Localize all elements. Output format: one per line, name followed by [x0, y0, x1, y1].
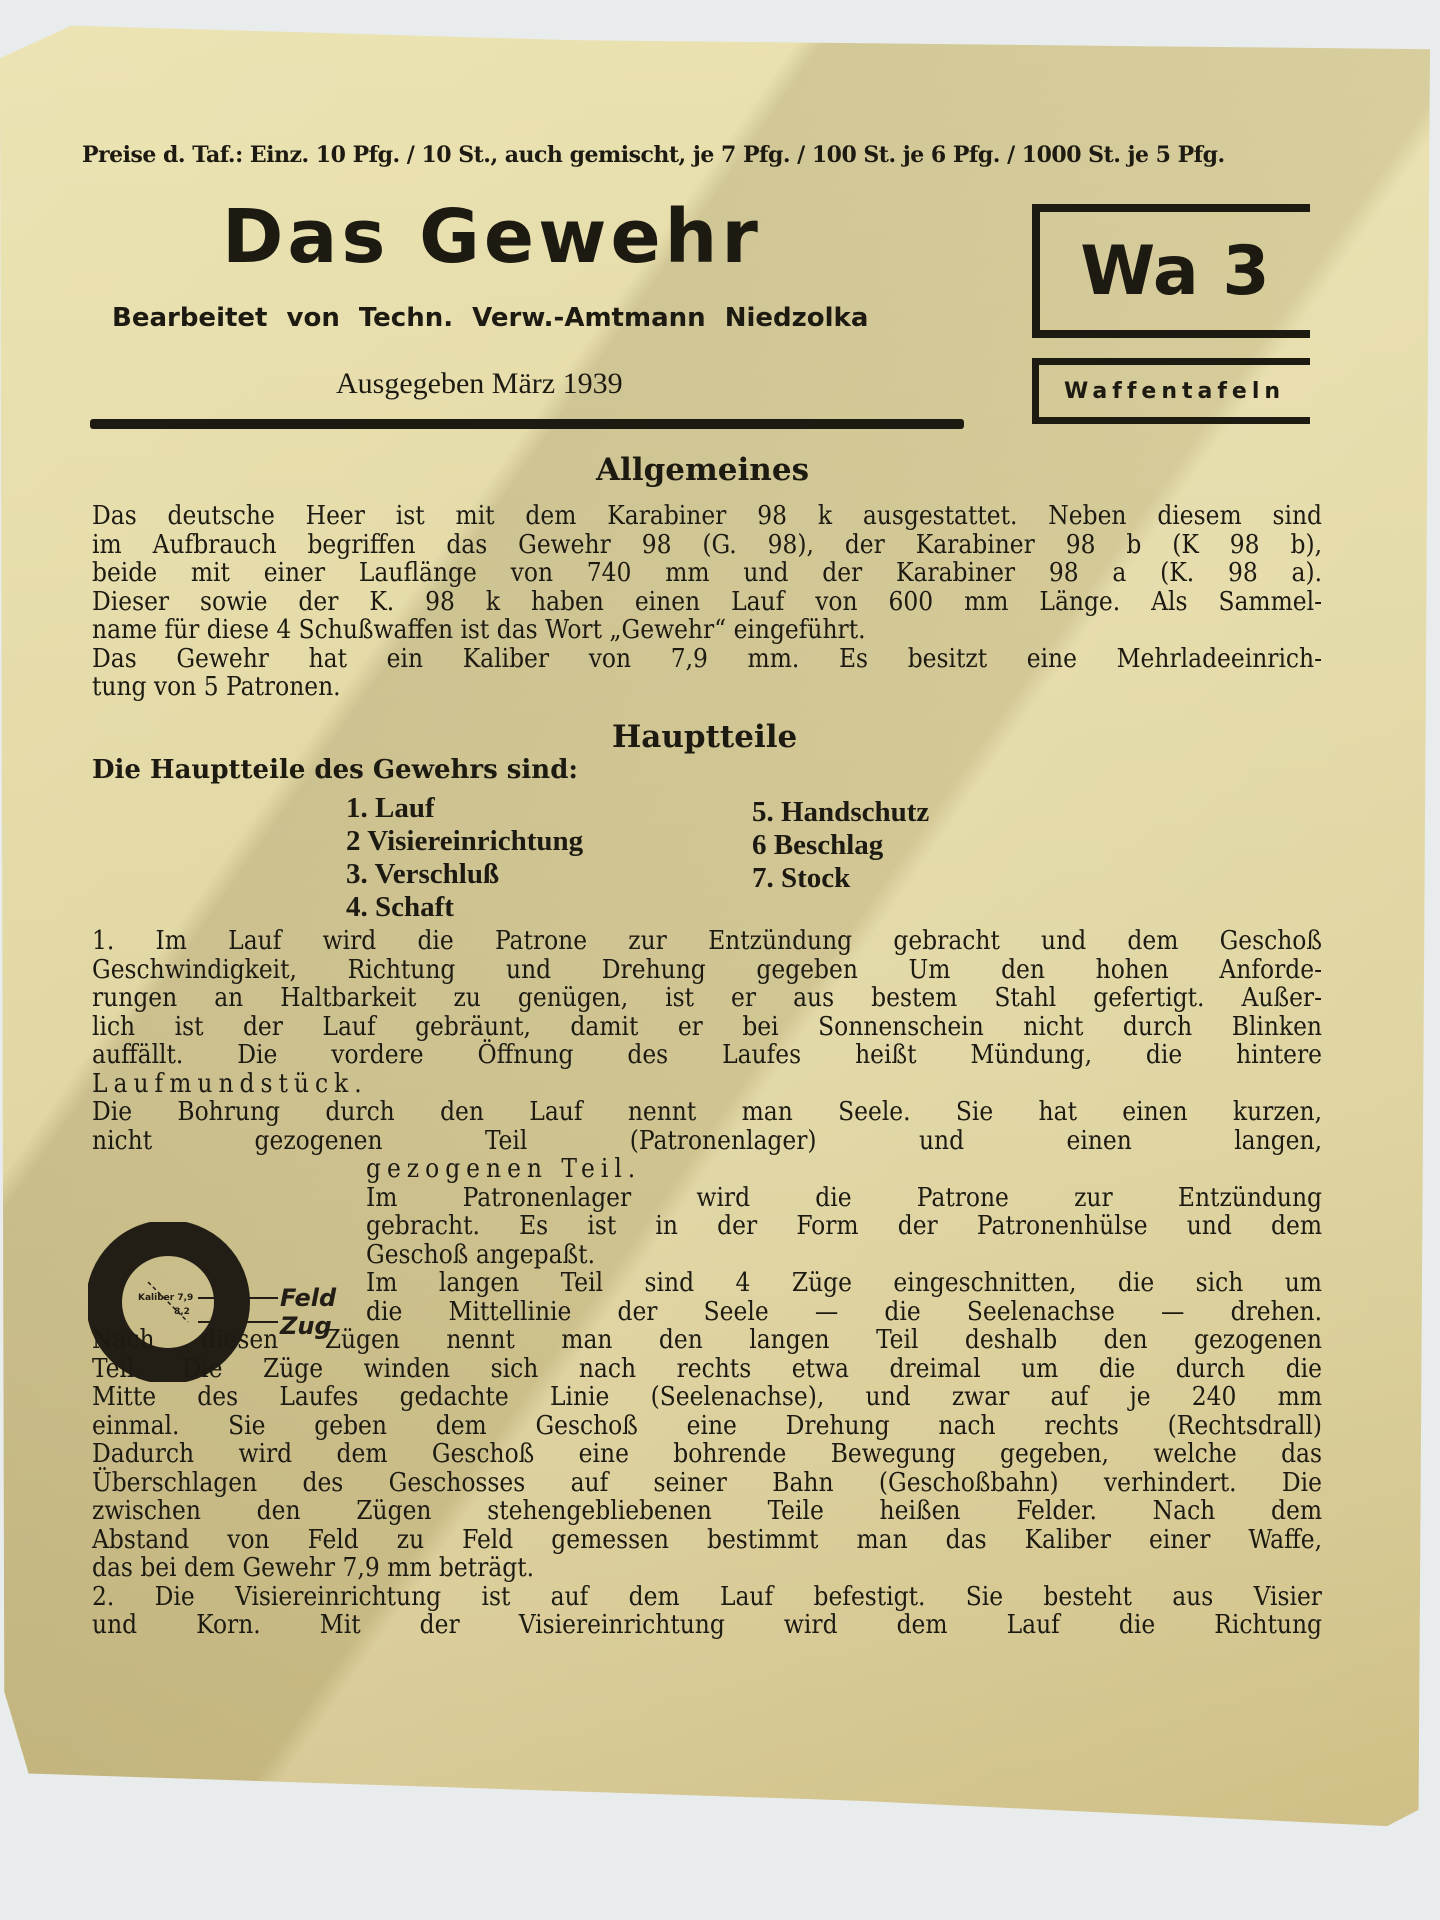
text-line: beide mit einer Lauflänge von 740 mm und… [92, 559, 1322, 588]
header-rule [90, 419, 964, 429]
text-line: 1. Im Lauf wird die Patrone zur Entzündu… [92, 927, 1322, 956]
heading-main-parts: Hauptteile [612, 719, 797, 755]
text-line: Laufmundstück. [92, 1070, 1322, 1099]
text-line: im Aufbrauch begriffen das Gewehr 98 (G.… [92, 531, 1322, 560]
text-line: lich ist der Lauf gebräunt, damit er bei… [92, 1013, 1322, 1042]
barrel-paragraph-continued: Nach diesen Zügen nennt man den langen T… [92, 1326, 1322, 1640]
label-field: Feld [280, 1284, 337, 1312]
parts-list-left: 1. Lauf 2 Visiereinrichtung 3. Verschluß… [346, 792, 583, 924]
text-line: gebracht. Es ist in der Form der Patrone… [366, 1212, 1322, 1241]
text-line: Das Gewehr hat ein Kaliber von 7,9 mm. E… [92, 645, 1322, 674]
text-line: zwischen den Zügen stehengebliebenen Tei… [92, 1497, 1322, 1526]
text-line: Im langen Teil sind 4 Züge eingeschnitte… [366, 1269, 1322, 1298]
general-paragraph: Das deutsche Heer ist mit dem Karabiner … [92, 502, 1322, 702]
text-line: Geschwindigkeit, Richtung und Drehung ge… [92, 956, 1322, 985]
text-line: Abstand von Feld zu Feld gemessen bestim… [92, 1526, 1322, 1555]
plate-code: Wa 3 [1080, 232, 1269, 311]
series-label: Waffentafeln [1064, 379, 1285, 404]
price-line: Preise d. Taf.: Einz. 10 Pfg. / 10 St., … [82, 142, 1225, 168]
author-line: Bearbeitet von Techn. Verw.-Amtmann Nied… [112, 303, 868, 333]
parts-list-right: 5. Handschutz 6 Beschlag 7. Stock [752, 796, 929, 895]
text-line: Im Patronenlager wird die Patrone zur En… [366, 1184, 1322, 1213]
part-item: 3. Verschluß [346, 858, 583, 891]
text-line: auffällt. Die vordere Öffnung des Laufes… [92, 1041, 1322, 1070]
text-line: das bei dem Gewehr 7,9 mm beträgt. [92, 1554, 1322, 1583]
part-item: 6 Beschlag [752, 829, 929, 862]
part-item: 4. Schaft [346, 891, 583, 924]
text-line: Die Bohrung durch den Lauf nennt man See… [92, 1098, 1322, 1127]
text-line: Teil. Die Züge winden sich nach rechts e… [92, 1355, 1322, 1384]
text-line: einmal. Sie geben dem Geschoß eine Drehu… [92, 1412, 1322, 1441]
barrel-indented-paragraph: gezogenen Teil. Im Patronenlager wird di… [366, 1155, 1322, 1326]
diagram-inner-label: Kaliber 7,9 [138, 1293, 193, 1303]
document-sheet: Preise d. Taf.: Einz. 10 Pfg. / 10 St., … [0, 22, 1430, 1837]
parts-intro: Die Hauptteile des Gewehrs sind: [92, 755, 578, 785]
part-item: 1. Lauf [346, 792, 583, 825]
diagram-inner-label-2: 8,2 [174, 1307, 190, 1317]
text-line: Das deutsche Heer ist mit dem Karabiner … [92, 502, 1322, 531]
text-line: name für diese 4 Schußwaffen ist das Wor… [92, 616, 1322, 645]
text-line: 2. Die Visiereinrichtung ist auf dem Lau… [92, 1583, 1322, 1612]
code-box: Wa 3 [1032, 204, 1310, 338]
text-line: gezogenen Teil. [366, 1155, 1322, 1184]
text-line: und Korn. Mit der Visiereinrichtung wird… [92, 1611, 1322, 1640]
barrel-paragraph: 1. Im Lauf wird die Patrone zur Entzündu… [92, 927, 1322, 1155]
document-title: Das Gewehr [222, 194, 762, 280]
text-line: Geschoß angepaßt. [366, 1241, 1322, 1270]
text-line: Dieser sowie der K. 98 k haben einen Lau… [92, 588, 1322, 617]
text-line: Mitte des Laufes gedachte Linie (Seelena… [92, 1383, 1322, 1412]
text-line: tung von 5 Patronen. [92, 673, 1322, 702]
text-line: Nach diesen Zügen nennt man den langen T… [92, 1326, 1322, 1355]
text-line: nicht gezogenen Teil (Patronenlager) und… [92, 1127, 1322, 1156]
part-item: 2 Visiereinrichtung [346, 825, 583, 858]
part-item: 7. Stock [752, 862, 929, 895]
text-line: rungen an Haltbarkeit zu genügen, ist er… [92, 984, 1322, 1013]
series-box: Waffentafeln [1032, 358, 1310, 424]
heading-general: Allgemeines [596, 452, 809, 488]
issue-date: Ausgegeben März 1939 [336, 367, 623, 401]
text-line: die Mittellinie der Seele — die Seelenac… [366, 1298, 1322, 1327]
part-item: 5. Handschutz [752, 796, 929, 829]
text-line: Dadurch wird dem Geschoß eine bohrende B… [92, 1440, 1322, 1469]
text-line: Überschlagen des Geschosses auf seiner B… [92, 1469, 1322, 1498]
